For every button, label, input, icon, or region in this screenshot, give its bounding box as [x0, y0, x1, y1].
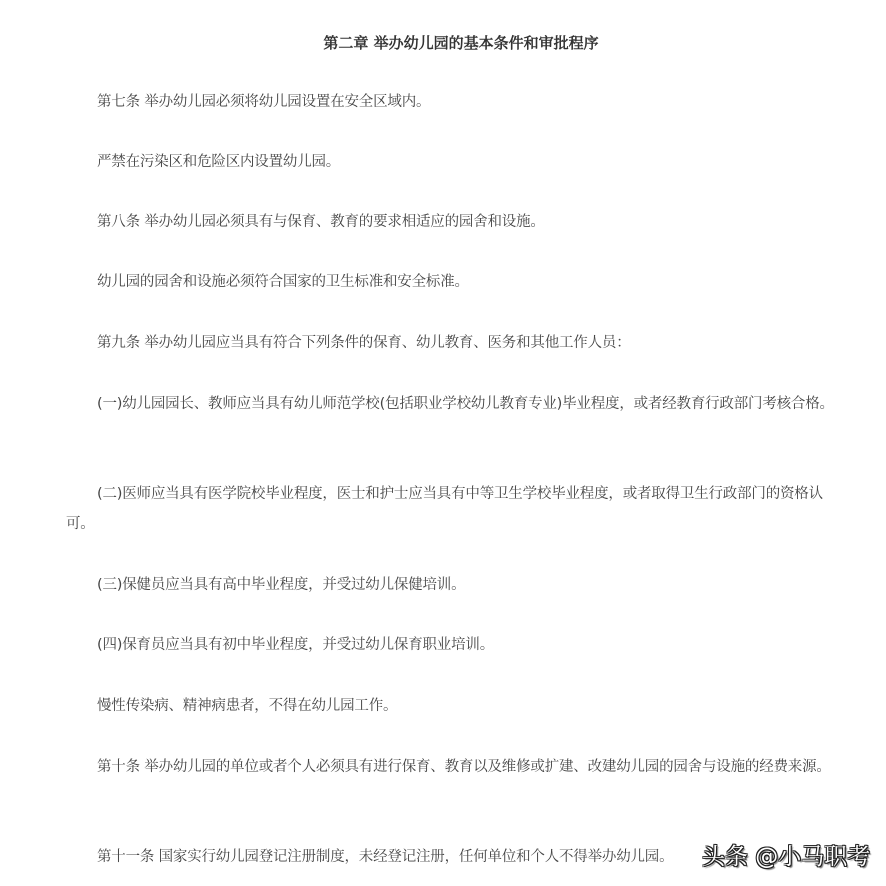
- paragraph-item-4: (四)保育员应当具有初中毕业程度，并受过幼儿保育职业培训。: [66, 630, 836, 660]
- article: 第二章 举办幼儿园的基本条件和审批程序 第七条 举办幼儿园必须将幼儿园设置在安全…: [66, 30, 836, 56]
- paragraph-item-2: (二)医师应当具有医学院校毕业程度，医士和护士应当具有中等卫生学校毕业程度，或者…: [66, 479, 836, 539]
- watermark: 头条 @小马职考: [702, 838, 870, 871]
- paragraph-pollution-ban: 严禁在污染区和危险区内设置幼儿园。: [66, 147, 836, 177]
- paragraph-item-3: (三)保健员应当具有高中毕业程度，并受过幼儿保健培训。: [66, 570, 836, 600]
- paragraph-article-7: 第七条 举办幼儿园必须将幼儿园设置在安全区域内。: [66, 87, 836, 117]
- paragraph-article-10: 第十条 举办幼儿园的单位或者个人必须具有进行保育、教育以及维修或扩建、改建幼儿园…: [66, 752, 836, 782]
- paragraph-article-8: 第八条 举办幼儿园必须具有与保育、教育的要求相适应的园舍和设施。: [66, 207, 836, 237]
- chapter-title: 第二章 举办幼儿园的基本条件和审批程序: [66, 30, 836, 56]
- paragraph-disease-restriction: 慢性传染病、精神病患者，不得在幼儿园工作。: [66, 691, 836, 721]
- paragraph-article-9: 第九条 举办幼儿园应当具有符合下列条件的保育、幼儿教育、医务和其他工作人员：: [66, 328, 836, 358]
- paragraph-item-1: (一)幼儿园园长、教师应当具有幼儿师范学校(包括职业学校幼儿教育专业)毕业程度，…: [66, 389, 836, 419]
- paragraph-facility-standards: 幼儿园的园舍和设施必须符合国家的卫生标准和安全标准。: [66, 267, 836, 297]
